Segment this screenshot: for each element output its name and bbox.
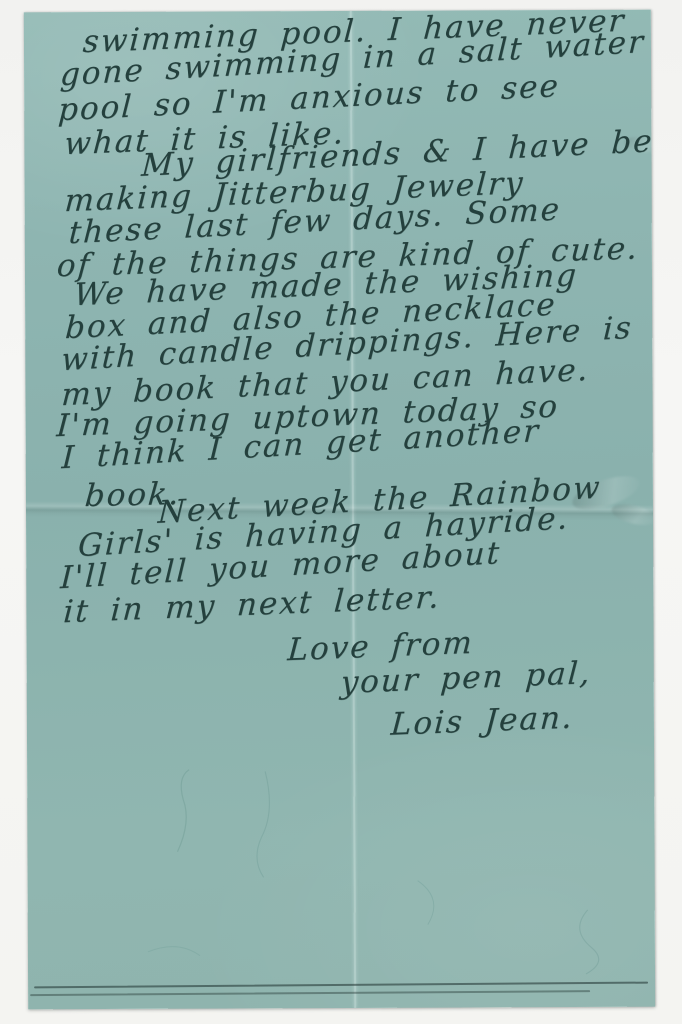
under-sheet-edge — [34, 982, 648, 989]
letter-paper: swimming pool. I have never gone swimmin… — [24, 10, 655, 1010]
scan-background: swimming pool. I have never gone swimmin… — [0, 0, 682, 1024]
letter-line: Lois Jean. — [390, 700, 575, 743]
under-sheet-edge — [30, 990, 590, 996]
